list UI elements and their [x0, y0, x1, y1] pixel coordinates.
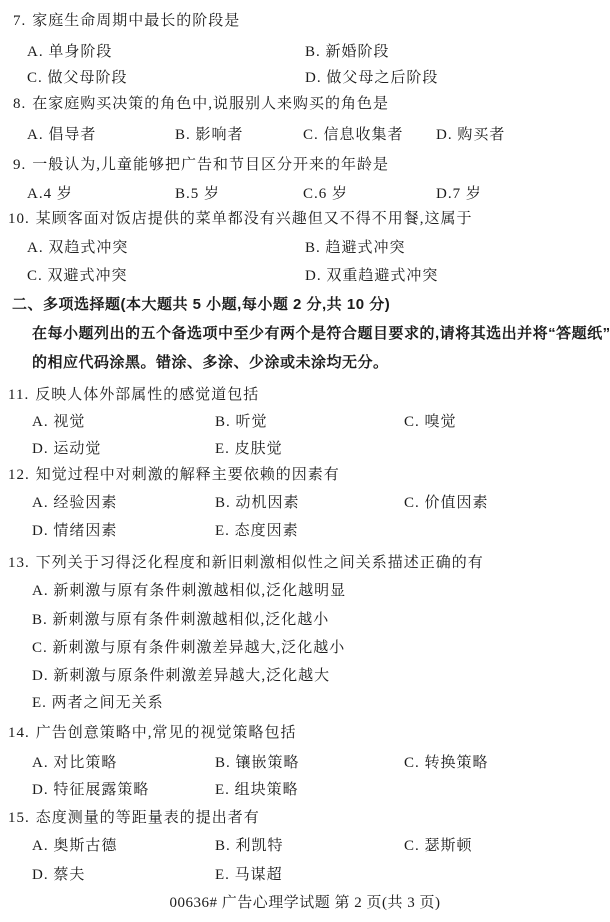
- option-9-C: C.6 岁: [303, 183, 348, 205]
- option-14-E: E. 组块策略: [215, 779, 299, 801]
- option-8-D: D. 购买者: [436, 124, 505, 146]
- option-12-A: A. 经验因素: [32, 492, 117, 514]
- question-14-options-row-2: D. 特征展露策略 E. 组块策略: [0, 779, 610, 801]
- question-10-text: 某顾客面对饭店提供的菜单都没有兴趣但又不得不用餐,这属于: [36, 211, 473, 227]
- question-8: 8.在家庭购买决策的角色中,说服别人来购买的角色是: [0, 93, 610, 115]
- question-11-options-row-2: D. 运动觉 E. 皮肤觉: [0, 438, 610, 460]
- question-7-options-row-2: C. 做父母阶段 D. 做父母之后阶段: [0, 67, 610, 89]
- option-15-A: A. 奥斯古德: [32, 835, 117, 857]
- option-11-E: E. 皮肤觉: [215, 438, 283, 460]
- option-8-C: C. 信息收集者: [303, 124, 404, 146]
- question-9-number: 9.: [13, 157, 26, 173]
- question-10-options-row-1: A. 双趋式冲突 B. 趋避式冲突: [0, 237, 610, 259]
- option-12-B: B. 动机因素: [215, 492, 300, 514]
- question-13-options-row-3: C. 新刺激与原有条件刺激差异越大,泛化越小: [0, 637, 610, 659]
- question-15-number: 15.: [8, 810, 30, 826]
- question-10-options-row-2: C. 双避式冲突 D. 双重趋避式冲突: [0, 265, 610, 287]
- question-11-options-row-1: A. 视觉 B. 听觉 C. 嗅觉: [0, 411, 610, 433]
- question-11-text: 反映人体外部属性的感觉道包括: [35, 387, 259, 403]
- option-10-C: C. 双避式冲突: [27, 265, 128, 287]
- question-12: 12.知觉过程中对刺激的解释主要依赖的因素有: [0, 464, 610, 486]
- option-9-B: B.5 岁: [175, 183, 220, 205]
- question-9-options-row-1: A.4 岁 B.5 岁 C.6 岁 D.7 岁: [0, 183, 610, 205]
- option-14-B: B. 镶嵌策略: [215, 752, 300, 774]
- option-7-B: B. 新婚阶段: [305, 41, 390, 63]
- question-13-options-row-4: D. 新刺激与原条件刺激差异越大,泛化越大: [0, 665, 610, 687]
- option-13-C: C. 新刺激与原有条件刺激差异越大,泛化越小: [32, 637, 345, 659]
- question-14-text: 广告创意策略中,常见的视觉策略包括: [36, 725, 297, 741]
- question-13: 13.下列关于习得泛化程度和新旧刺激相似性之间关系描述正确的有: [0, 552, 610, 574]
- question-12-number: 12.: [8, 467, 30, 483]
- option-10-A: A. 双趋式冲突: [27, 237, 128, 259]
- option-10-B: B. 趋避式冲突: [305, 237, 406, 259]
- question-15-options-row-1: A. 奥斯古德 B. 利凯特 C. 瑟斯顿: [0, 835, 610, 857]
- option-7-D: D. 做父母之后阶段: [305, 67, 438, 89]
- option-13-B: B. 新刺激与原有条件刺激越相似,泛化越小: [32, 609, 329, 631]
- page-footer: 00636# 广告心理学试题 第 2 页(共 3 页): [0, 892, 610, 914]
- option-14-A: A. 对比策略: [32, 752, 117, 774]
- question-12-text: 知觉过程中对刺激的解释主要依赖的因素有: [36, 467, 340, 483]
- option-7-A: A. 单身阶段: [27, 41, 112, 63]
- question-7: 7.家庭生命周期中最长的阶段是: [0, 10, 610, 32]
- question-9-text: 一般认为,儿童能够把广告和节目区分开来的年龄是: [32, 157, 389, 173]
- option-7-C: C. 做父母阶段: [27, 67, 128, 89]
- question-7-text: 家庭生命周期中最长的阶段是: [32, 13, 240, 29]
- question-7-options-row-1: A. 单身阶段 B. 新婚阶段: [0, 41, 610, 63]
- question-14: 14.广告创意策略中,常见的视觉策略包括: [0, 722, 610, 744]
- question-13-number: 13.: [8, 555, 30, 571]
- option-10-D: D. 双重趋避式冲突: [305, 265, 438, 287]
- option-9-A: A.4 岁: [27, 183, 73, 205]
- exam-page: 7.家庭生命周期中最长的阶段是 A. 单身阶段 B. 新婚阶段 C. 做父母阶段…: [0, 0, 610, 922]
- section-2-heading: 二、多项选择题(本大题共 5 小题,每小题 2 分,共 10 分): [0, 294, 610, 316]
- question-12-options-row-2: D. 情绪因素 E. 态度因素: [0, 520, 610, 542]
- question-11-number: 11.: [8, 387, 29, 403]
- question-13-options-row-1: A. 新刺激与原有条件刺激越相似,泛化越明显: [0, 580, 610, 602]
- option-13-D: D. 新刺激与原条件刺激差异越大,泛化越大: [32, 665, 330, 687]
- question-10-number: 10.: [8, 211, 30, 227]
- option-13-E: E. 两者之间无关系: [32, 692, 164, 714]
- option-9-D: D.7 岁: [436, 183, 482, 205]
- option-15-E: E. 马谋超: [215, 864, 283, 886]
- option-15-C: C. 瑟斯顿: [404, 835, 473, 857]
- option-12-D: D. 情绪因素: [32, 520, 117, 542]
- question-12-options-row-1: A. 经验因素 B. 动机因素 C. 价值因素: [0, 492, 610, 514]
- option-12-C: C. 价值因素: [404, 492, 489, 514]
- option-11-A: A. 视觉: [32, 411, 85, 433]
- question-15-text: 态度测量的等距量表的提出者有: [36, 810, 260, 826]
- option-12-E: E. 态度因素: [215, 520, 299, 542]
- option-14-C: C. 转换策略: [404, 752, 489, 774]
- option-15-D: D. 蔡夫: [32, 864, 85, 886]
- option-8-A: A. 倡导者: [27, 124, 96, 146]
- section-2-instruction-line-2: 的相应代码涂黑。错涂、多涂、少涂或未涂均无分。: [0, 352, 610, 374]
- question-8-text: 在家庭购买决策的角色中,说服别人来购买的角色是: [32, 96, 389, 112]
- question-8-options-row-1: A. 倡导者 B. 影响者 C. 信息收集者 D. 购买者: [0, 124, 610, 146]
- option-11-D: D. 运动觉: [32, 438, 101, 460]
- option-11-B: B. 听觉: [215, 411, 268, 433]
- question-10: 10.某顾客面对饭店提供的菜单都没有兴趣但又不得不用餐,这属于: [0, 208, 610, 230]
- question-8-number: 8.: [13, 96, 26, 112]
- question-15: 15.态度测量的等距量表的提出者有: [0, 807, 610, 829]
- question-15-options-row-2: D. 蔡夫 E. 马谋超: [0, 864, 610, 886]
- question-13-text: 下列关于习得泛化程度和新旧刺激相似性之间关系描述正确的有: [36, 555, 484, 571]
- option-14-D: D. 特征展露策略: [32, 779, 149, 801]
- option-15-B: B. 利凯特: [215, 835, 284, 857]
- question-7-number: 7.: [13, 13, 26, 29]
- option-8-B: B. 影响者: [175, 124, 244, 146]
- option-11-C: C. 嗅觉: [404, 411, 457, 433]
- question-14-options-row-1: A. 对比策略 B. 镶嵌策略 C. 转换策略: [0, 752, 610, 774]
- option-13-A: A. 新刺激与原有条件刺激越相似,泛化越明显: [32, 580, 346, 602]
- question-13-options-row-5: E. 两者之间无关系: [0, 692, 610, 714]
- question-9: 9.一般认为,儿童能够把广告和节目区分开来的年龄是: [0, 154, 610, 176]
- question-13-options-row-2: B. 新刺激与原有条件刺激越相似,泛化越小: [0, 609, 610, 631]
- section-2-instruction-line-1: 在每小题列出的五个备选项中至少有两个是符合题目要求的,请将其选出并将“答题纸”: [0, 323, 610, 345]
- question-14-number: 14.: [8, 725, 30, 741]
- question-11: 11.反映人体外部属性的感觉道包括: [0, 384, 610, 406]
